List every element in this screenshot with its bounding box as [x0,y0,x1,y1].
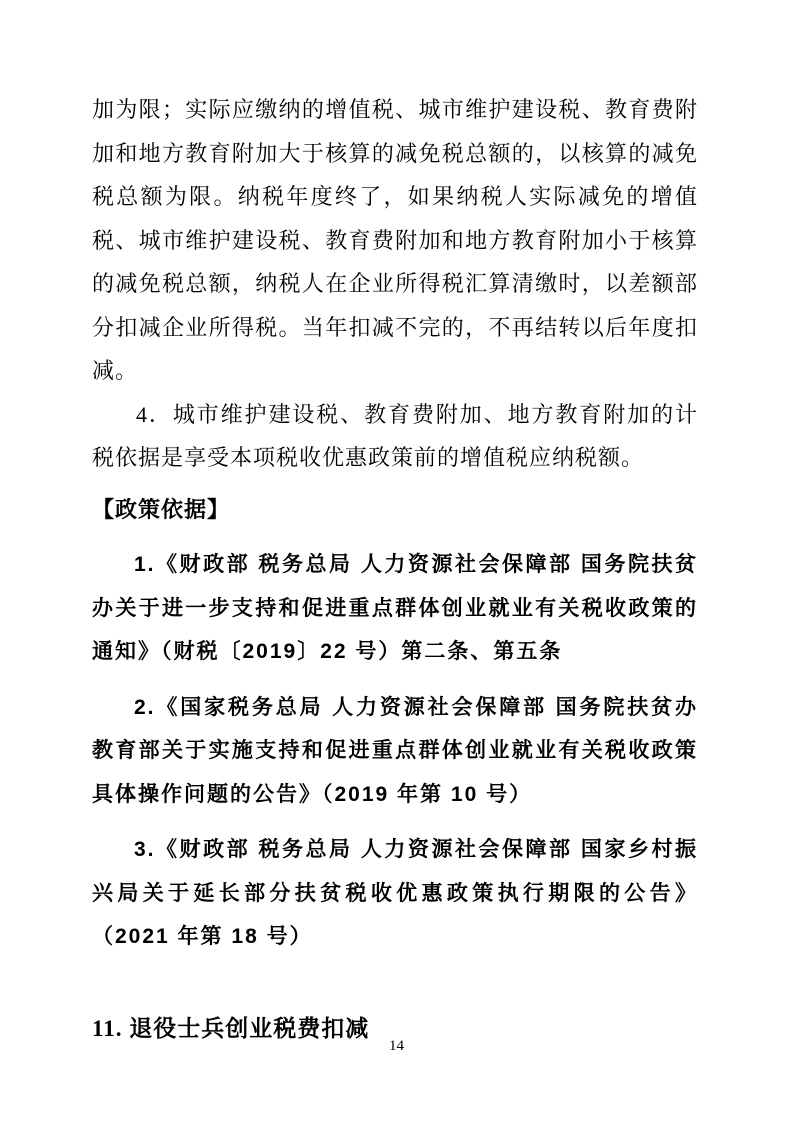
policy-basis-heading: 【政策依据】 [92,488,698,532]
document-page: 加为限；实际应缴纳的增值税、城市维护建设税、教育费附加和地方教育附加大于核算的减… [0,0,793,1122]
policy-basis-item-3: 3.《财政部 税务总局 人力资源社会保障部 国家乡村振兴局关于延长部分扶贫税收优… [92,828,698,959]
page-number: 14 [0,1038,793,1055]
policy-basis-item-1: 1.《财政部 税务总局 人力资源社会保障部 国务院扶贫办关于进一步支持和促进重点… [92,543,698,674]
policy-basis-item-2: 2.《国家税务总局 人力资源社会保障部 国务院扶贫办 教育部关于实施支持和促进重… [92,686,698,817]
paragraph-continuation: 加为限；实际应缴纳的增值税、城市维护建设税、教育费附加和地方教育附加大于核算的减… [92,88,698,393]
page-content: 加为限；实际应缴纳的增值税、城市维护建设税、教育费附加和地方教育附加大于核算的减… [92,88,698,1045]
paragraph-point-4: 4．城市维护建设税、教育费附加、地方教育附加的计税依据是享受本项税收优惠政策前的… [92,393,698,480]
